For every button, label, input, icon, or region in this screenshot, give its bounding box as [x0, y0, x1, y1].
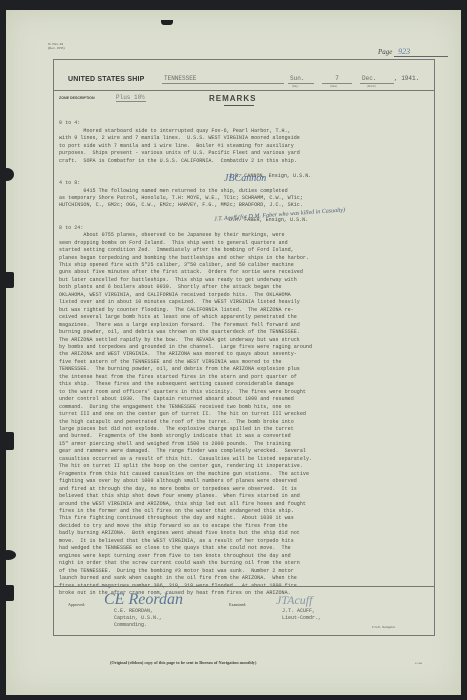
log-line: ceived several large bomb hits at least …	[59, 314, 429, 321]
footer-note: (Original (ribbon) copy of this page to …	[110, 660, 256, 665]
log-line: the ARIZONA and WEST VIRGINIA. The ARIZO…	[59, 351, 429, 358]
remarks-divider	[224, 105, 254, 106]
log-line: burning powder, oil, and debris was thro…	[59, 329, 429, 336]
examined-title: Lieut-Comdr.,	[282, 615, 321, 622]
log-line: large pieces but did not explode. The ex…	[59, 426, 429, 433]
log-line: Fragments from this hit caused casualtie…	[59, 471, 429, 478]
log-line: fires in the former and the oil fires on…	[59, 508, 429, 515]
log-line: as temporary Shore Patrol, Honolulu, T.H…	[59, 195, 429, 202]
log-line: of the TENNESSEE. During the bombing #3 …	[59, 568, 429, 575]
examined-name: J.T. ACUFF,	[282, 608, 321, 615]
log-line: TENNESSEE. The burning powder, oil, and …	[59, 366, 429, 373]
binder-clip	[0, 432, 14, 450]
log-line: This ship opened fire with 5"25 caliber,…	[59, 262, 429, 269]
log-line: to the ward room and officers' quarters …	[59, 389, 429, 396]
log-line: casualties occurred as a result of this …	[59, 456, 429, 463]
log-frame: UNITED STATES SHIP TENNESSEE Sun. (Day) …	[53, 59, 435, 636]
log-line: turret III and one on the center gun of …	[59, 411, 429, 418]
log-line: night in order that the screw current co…	[59, 560, 429, 567]
log-line: This fire fighting continued throughout …	[59, 515, 429, 522]
binder-clip	[0, 585, 14, 601]
log-line: seen dropping bombs on Ford Island. This…	[59, 240, 429, 247]
year: , 1941.	[392, 75, 432, 83]
log-line: command. During the engagement the TENNE…	[59, 404, 429, 411]
log-page: N. Nav. 49 (Rev. 1935) Page 923 UNITED S…	[6, 10, 461, 695]
log-line: decided to try and move the ship forward…	[59, 523, 429, 530]
day-caption: (Day)	[292, 85, 298, 88]
zone-value: Plus 10½	[116, 94, 146, 102]
watch-period-8-24: 8 to 24:	[59, 225, 429, 232]
binder-clip	[0, 550, 16, 560]
log-line: purposes. Ships present - various units …	[59, 150, 429, 157]
navigator-signature-ink: JTAcuff	[276, 593, 312, 608]
remarks-body: 0 to 4: Moored starboard side to interru…	[59, 113, 429, 612]
log-line: OKLAHOMA, WEST VIRGINIA, and CALIFORNIA …	[59, 292, 429, 299]
ship-name: TENNESSEE	[162, 75, 284, 84]
watch-period-0-4: 0 to 4:	[59, 120, 429, 127]
log-line: but later cancelled for battleships. Thi…	[59, 277, 429, 284]
log-line: five feet astern of the TENNESSEE and th…	[59, 359, 429, 366]
log-line: Moored starboard side to interrupted qua…	[59, 128, 429, 135]
handwritten-signature-cannon: JBCannon	[224, 173, 266, 184]
log-line: HUTCHINSON, C., GM2c; OGG, C.W., EM2c; H…	[59, 202, 429, 209]
log-line: and burned. Fragments of the bomb strong…	[59, 433, 429, 440]
log-line: this ship. These fires and the subsequen…	[59, 381, 429, 388]
approved-role: Commanding.	[114, 622, 162, 629]
log-line: to port side with 7 manila and 1 wire li…	[59, 143, 429, 150]
log-line: About 0755 planes, observed to be Japane…	[59, 232, 429, 239]
binder-clip	[0, 272, 14, 288]
ship-header-row: UNITED STATES SHIP TENNESSEE Sun. (Day) …	[54, 60, 434, 91]
log-line: magazines. There was a large explosion f…	[59, 322, 429, 329]
log-line: but was righted by counter flooding. The…	[59, 307, 429, 314]
page-label: Page	[378, 48, 392, 56]
approved-name: C.E. REORDAN,	[114, 608, 162, 615]
log-line: and fired at through the day, no more bo…	[59, 486, 429, 493]
log-line: both plants and 6 boilers about 0930. Sh…	[59, 284, 429, 291]
log-line: gear and rammers were damaged. The range…	[59, 448, 429, 455]
log-line: engines were kept turning over from five…	[59, 553, 429, 560]
navigator-caption: U.S.N., Navigator.	[372, 625, 395, 629]
approved-by: C.E. REORDAN,Captain, U.S.N.,Commanding.	[114, 608, 162, 629]
examined-label: Examined:	[229, 602, 246, 607]
ship-label: UNITED STATES SHIP	[68, 76, 144, 83]
log-line: The hit on turret II split the hoop on t…	[59, 463, 429, 470]
examined-by: J.T. ACUFF,Lieut-Comdr.,	[282, 608, 321, 622]
punch-hole	[0, 168, 14, 181]
log-line: by bombs and torpedoes and grounded in t…	[59, 344, 429, 351]
remarks-title: REMARKS	[209, 94, 256, 103]
binder-notch	[161, 20, 173, 25]
log-line: badly burning ARIZONA. Both engines went…	[59, 530, 429, 537]
date-caption: (Date)	[330, 85, 337, 88]
date: 7	[322, 75, 352, 84]
form-code: 6-7440	[415, 662, 422, 665]
log-line: guns about five minutes after the first …	[59, 269, 429, 276]
month-caption: (Month)	[367, 85, 376, 88]
zone-label: ZONE DESCRIPTION	[59, 96, 95, 100]
log-line: under control about 1030. The Captain re…	[59, 396, 429, 403]
captain-signature-ink: CE Reordan	[104, 591, 183, 609]
page-number-field: Page 923	[378, 47, 448, 57]
log-line: The ARIZONA settled rapidly by the bow. …	[59, 337, 429, 344]
form-identifier: N. Nav. 49 (Rev. 1935)	[48, 42, 65, 50]
zone-row: ZONE DESCRIPTION Plus 10½ REMARKS	[54, 92, 434, 106]
log-line: listed over and in about 10 minutes caps…	[59, 299, 429, 306]
log-line: with 9 lines, 2 wire and 7 manila lines.…	[59, 135, 429, 142]
log-line: 0415 The following named men returned to…	[59, 188, 429, 195]
page-number: 923	[394, 47, 448, 57]
log-line: planes began torpedoing and bombing the …	[59, 255, 429, 262]
log-line: around the WEST VIRGINIA and ARIZONA, th…	[59, 501, 429, 508]
log-line: move. It is believed that the WEST VIRGI…	[59, 538, 429, 545]
month: Dec.	[360, 75, 394, 84]
log-line: craft. SOPA is Combatfor in the U.S.S. C…	[59, 158, 429, 165]
log-line: the high catapult and penetrated the roo…	[59, 419, 429, 426]
log-line: fighting was over by about 1000 although…	[59, 478, 429, 485]
log-line: started setting condition Zed. Immediate…	[59, 247, 429, 254]
day-of-week: Sun.	[288, 75, 314, 84]
log-line: believed that this ship shot down four e…	[59, 493, 429, 500]
form-revision: (Rev. 1935)	[48, 46, 65, 50]
approval-row: Approved: CE Reordan C.E. REORDAN,Captai…	[54, 586, 434, 636]
approved-label: Approved:	[68, 602, 85, 607]
log-line: the intense heat from the fires started …	[59, 374, 429, 381]
log-line: had wedged the TENNESSEE so close to the…	[59, 545, 429, 552]
approved-title: Captain, U.S.N.,	[114, 615, 162, 622]
log-line: launch burned and sank when caught in th…	[59, 575, 429, 582]
log-line: 15" armor piercing shell and weighed fro…	[59, 441, 429, 448]
